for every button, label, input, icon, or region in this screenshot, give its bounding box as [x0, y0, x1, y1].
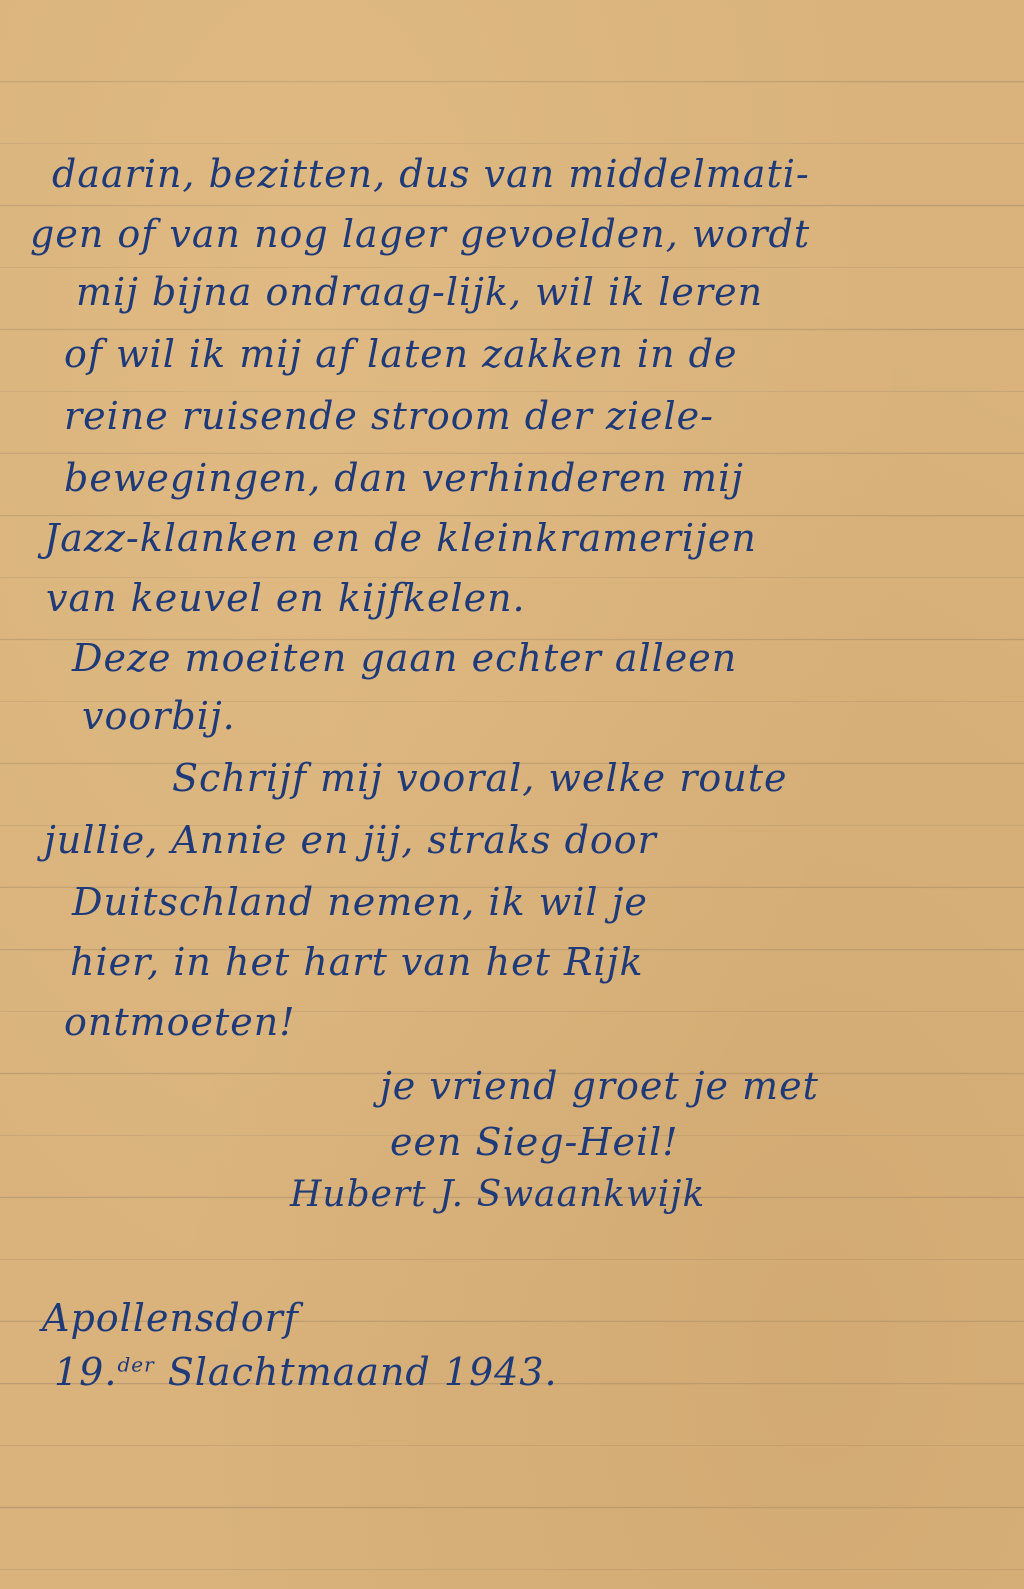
- date-line: 19.der Slachtmaand 1943.: [54, 1350, 558, 1394]
- body-line: Schrijf mij vooral, welke route: [172, 756, 787, 800]
- body-line: reine ruisende stroom der ziele-: [64, 394, 714, 438]
- date-month-year: Slachtmaand 1943.: [168, 1350, 558, 1394]
- body-line: ontmoeten!: [64, 1000, 296, 1044]
- body-line: bewegingen, dan verhinderen mij: [64, 456, 744, 500]
- body-line: Jazz-klanken en de kleinkramerijen: [44, 516, 757, 560]
- body-line: Deze moeiten gaan echter alleen: [72, 636, 737, 680]
- body-line: hier, in het hart van het Rijk: [70, 940, 644, 984]
- date-day-suffix: der: [117, 1352, 154, 1376]
- body-line: jullie, Annie en jij, straks door: [44, 818, 657, 862]
- closing-line: een Sieg-Heil!: [390, 1120, 679, 1164]
- body-line: gen of van nog lager gevoelden, wordt: [30, 212, 810, 256]
- body-line: daarin, bezitten, dus van middelmati-: [52, 152, 810, 196]
- closing-line: je vriend groet je met: [380, 1064, 819, 1108]
- body-line: voorbij.: [82, 694, 236, 738]
- date-day: 19.: [54, 1350, 117, 1394]
- signature: Hubert J. Swaankwijk: [290, 1174, 705, 1215]
- body-line: van keuvel en kijfkelen.: [46, 576, 526, 620]
- letter-page: daarin, bezitten, dus van middelmati- ge…: [0, 0, 1024, 1589]
- body-line: Duitschland nemen, ik wil je: [72, 880, 648, 924]
- body-line: mij bijna ondraag-lijk, wil ik leren: [76, 270, 763, 314]
- place: Apollensdorf: [42, 1296, 299, 1340]
- body-line: of wil ik mij af laten zakken in de: [64, 332, 737, 376]
